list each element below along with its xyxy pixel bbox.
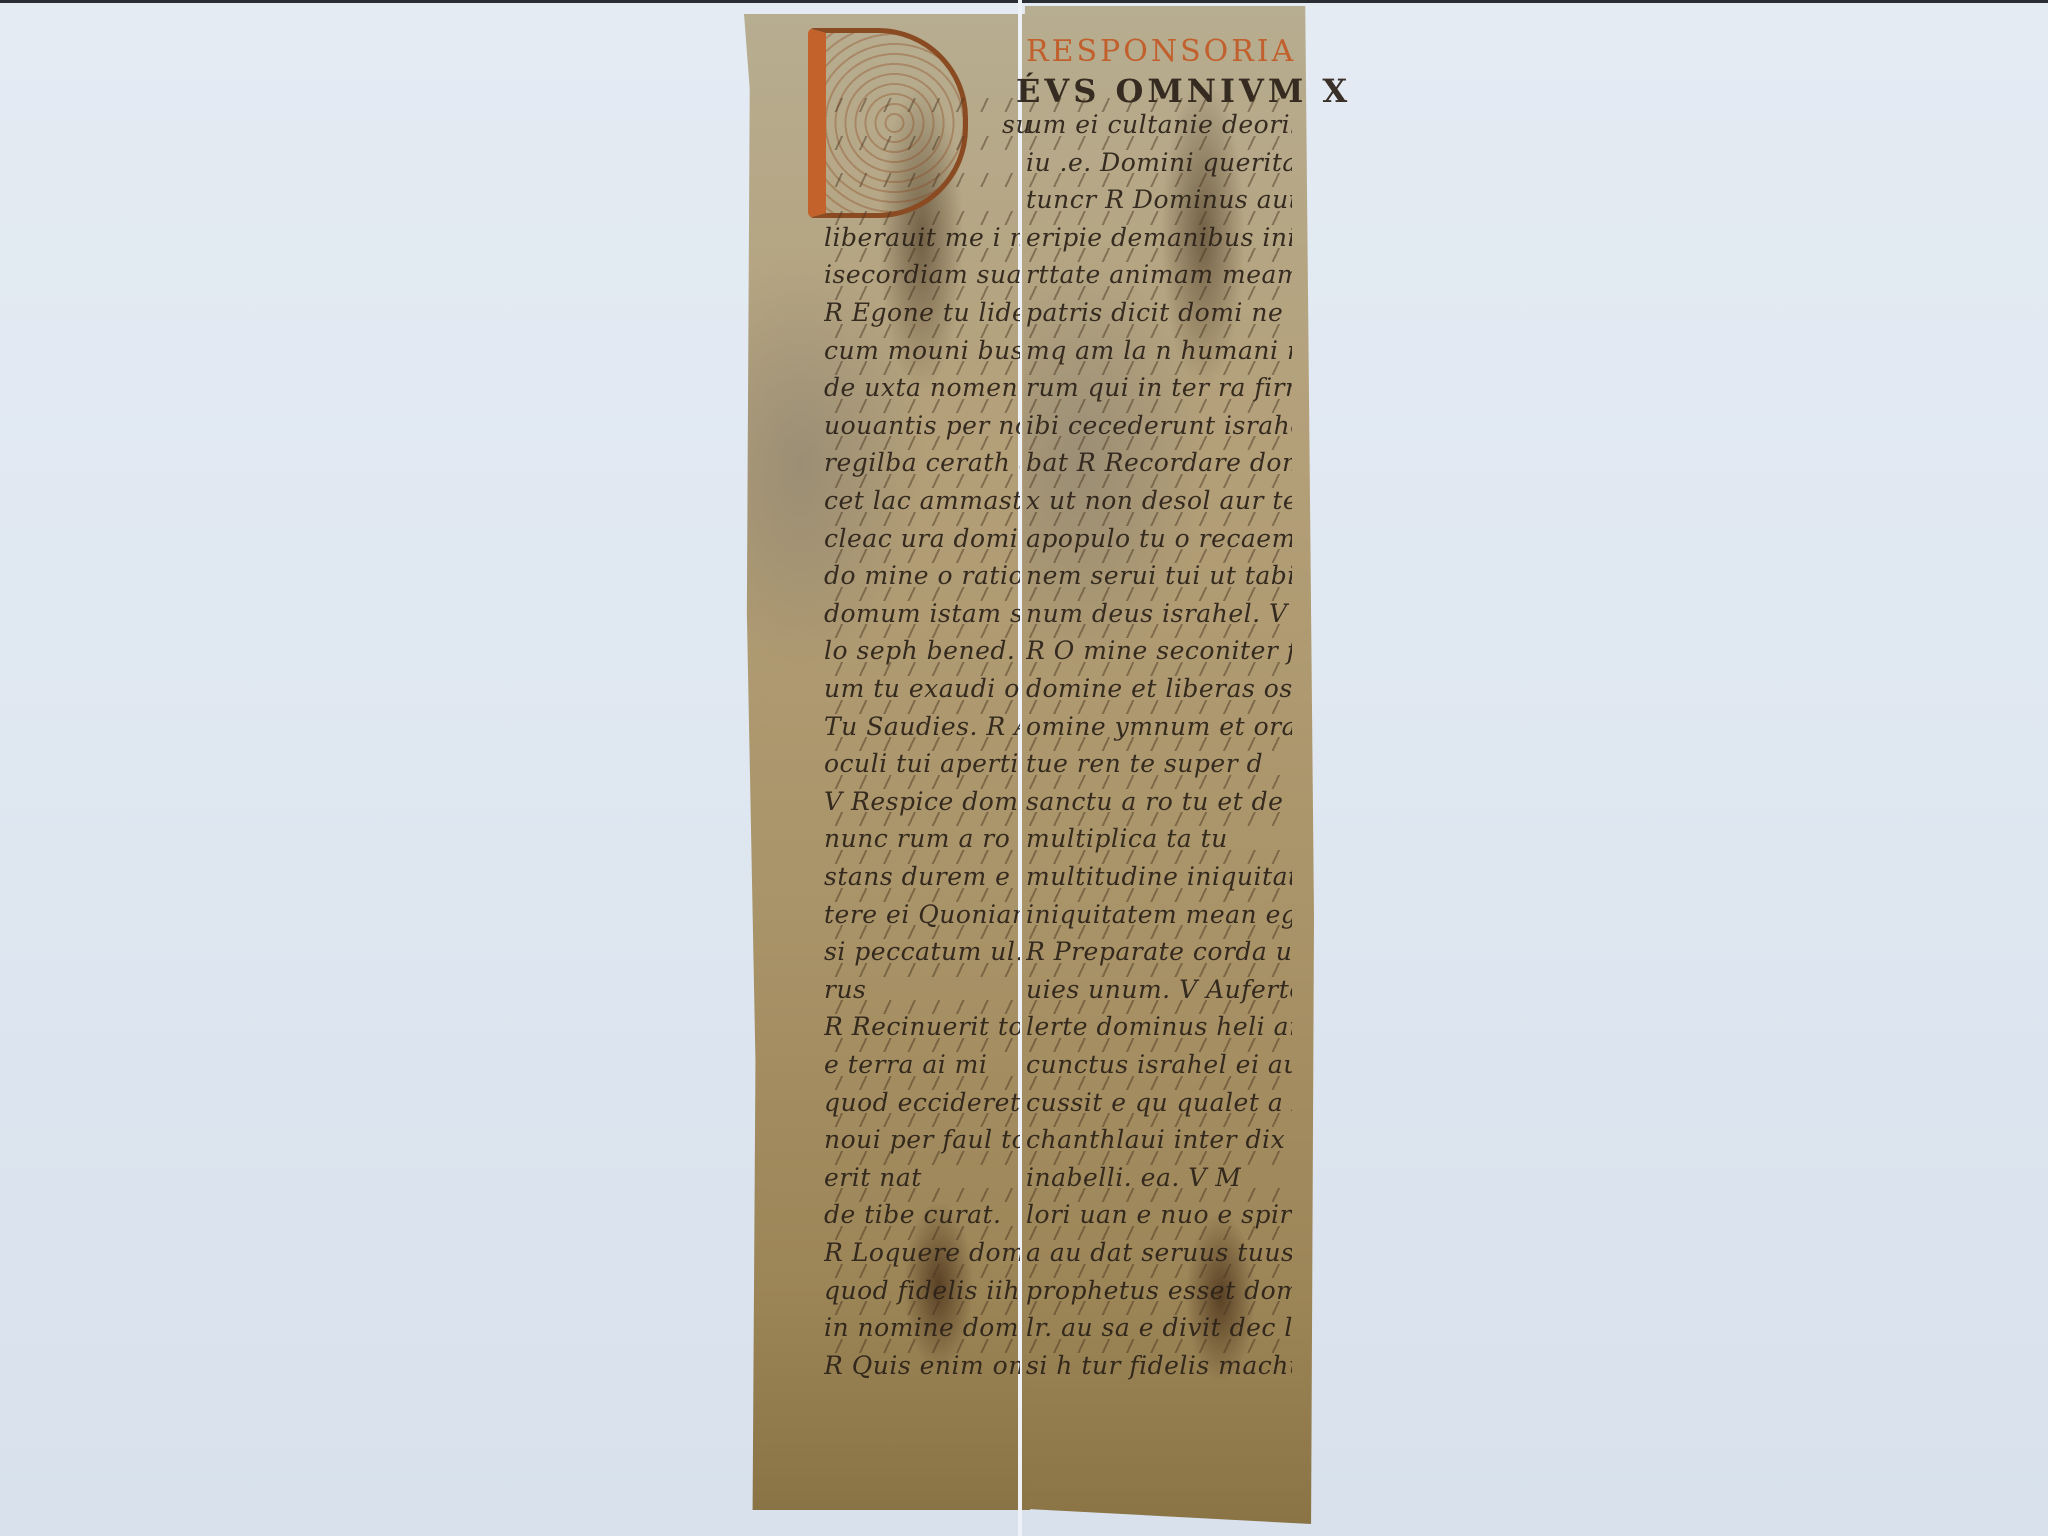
text-line-right: rum qui in ter ra firma [1026,373,1292,402]
text-line-right: lori uan e nuo e spiritualia [1026,1200,1292,1229]
text-line-left: si peccatum ul. femat. [824,937,1020,966]
text-line-left: nunc rum a ro [824,824,1010,853]
text-line-right: chanthlaui inter dix quo [1026,1125,1292,1154]
text-line-left: stans durem e liberi [824,862,1020,891]
text-line-left: noui per faul tctiona [824,1125,1020,1154]
text-line-right: um ei cultanie deoribus pu [1026,110,1292,139]
text-line-left: do mine o ratio [824,561,1020,590]
text-line-left: R Recinuerit tol [824,1012,1020,1041]
text-line-right: a au dat seruus tuus. C [1026,1238,1292,1267]
text-line-right: cunctus israhel ei aus [1026,1050,1292,1079]
text-line-left: R Quis enim omnibus [824,1351,1020,1380]
text-line-left: de uxta nomen ra gio [824,373,1020,402]
text-line-right: si h tur fidelis machue [1026,1351,1292,1380]
top-edge-bar [0,0,2048,3]
text-line-right: bat R Recordare domin [1026,448,1292,477]
text-line-right: lr. au sa e divit dec lori [1026,1313,1292,1342]
text-line-right: R O mine seconiter fue rit po oui [1026,636,1292,665]
text-line-right: multiplica ta tu [1026,824,1228,853]
text-line-left: R Loquere domine qui [824,1238,1020,1267]
text-line-left: oculi tui aperti aures [824,749,1020,778]
text-line-right: tuncr R Dominus autoripua [1026,185,1292,214]
heading-rubric: RESPONSORIA [1026,34,1296,69]
text-line-right: patris dicit domi ne resolute [1026,298,1292,327]
text-line-left: de tibe curat. [824,1200,1001,1229]
text-line-left: lo seph bened. [824,636,1015,665]
text-line-right: lerte dominus heli an pert [1026,1012,1292,1041]
text-line-right: nem serui tui ut tabica templ [1026,561,1292,590]
text-line-left: e terra ai mi [824,1050,987,1079]
text-line-left: R Egone tu lide mo [824,298,1020,327]
text-line-left: regilba cerath at [824,448,1020,477]
text-line-left: cet lac ammast tu [824,486,1020,515]
text-line-left: um tu exaudi oroo [824,674,1020,703]
text-line-right: tue ren te super d [1026,749,1263,778]
text-line-right: multitudine iniquitatum mee quo [1026,862,1292,891]
text-line-left: isecordiam suam ce [824,260,1020,289]
text-line-right: rttate animam meam eri [1026,260,1292,289]
text-line-left: in nomine domini. A [824,1313,1020,1342]
text-line-right: domine et liberas os de manibu [1026,674,1292,703]
text-line-right: R Preparate corda uestra do m [1026,937,1292,966]
text-line-right: x ut non desol aur terra ec [1026,486,1292,515]
